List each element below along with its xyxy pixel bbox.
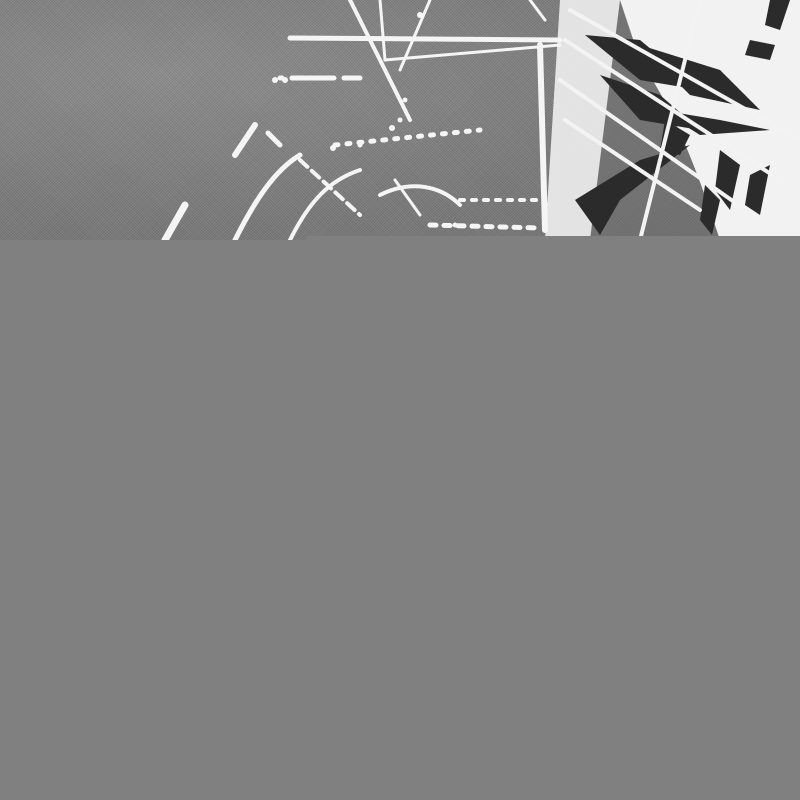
print-graphic	[0, 0, 800, 240]
image-canvas	[0, 0, 800, 800]
fabric-photo	[0, 0, 800, 240]
unloaded-image-region	[0, 240, 800, 800]
